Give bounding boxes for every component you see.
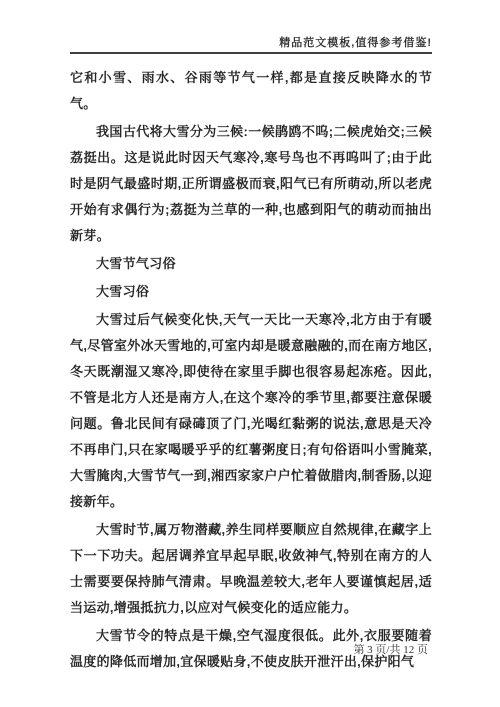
heading-daxue-jieqi-customs: 大雪节气习俗 bbox=[70, 251, 432, 277]
page-number: 第 3 页/共 12 页 bbox=[353, 644, 428, 656]
document-body: 它和小雪、雨水、谷雨等节气一样,都是直接反映降水的节气。 我国古代将大雪分为三候… bbox=[70, 65, 432, 675]
document-page: 精品范文模板,值得参考借鉴! 它和小雪、雨水、谷雨等节气一样,都是直接反映降水的… bbox=[0, 0, 500, 707]
paragraph-health-regimen: 大雪时节,属万物潜藏,养生同样要顺应自然规律,在藏字上下一下功夫。起居调养宜早起… bbox=[70, 517, 432, 621]
header-slogan: 精品范文模板,值得参考借鉴! bbox=[70, 36, 432, 50]
paragraph-customs-detail: 大雪过后气候变化快,天气一天比一天寒冷,北方由于有暖气,尽管室外冰天雪地的,可室… bbox=[70, 307, 432, 515]
paragraph-intro: 它和小雪、雨水、谷雨等节气一样,都是直接反映降水的节气。 bbox=[70, 65, 432, 117]
paragraph-three-pentads: 我国古代将大雪分为三候:一候鹃鸥不呜;二候虎始交;三候荔挺出。这是说此时因天气寒… bbox=[70, 119, 432, 249]
header-divider bbox=[70, 52, 432, 54]
heading-daxue-customs: 大雪习俗 bbox=[70, 279, 432, 305]
page-footer: 第 3 页/共 12 页 bbox=[353, 641, 428, 657]
